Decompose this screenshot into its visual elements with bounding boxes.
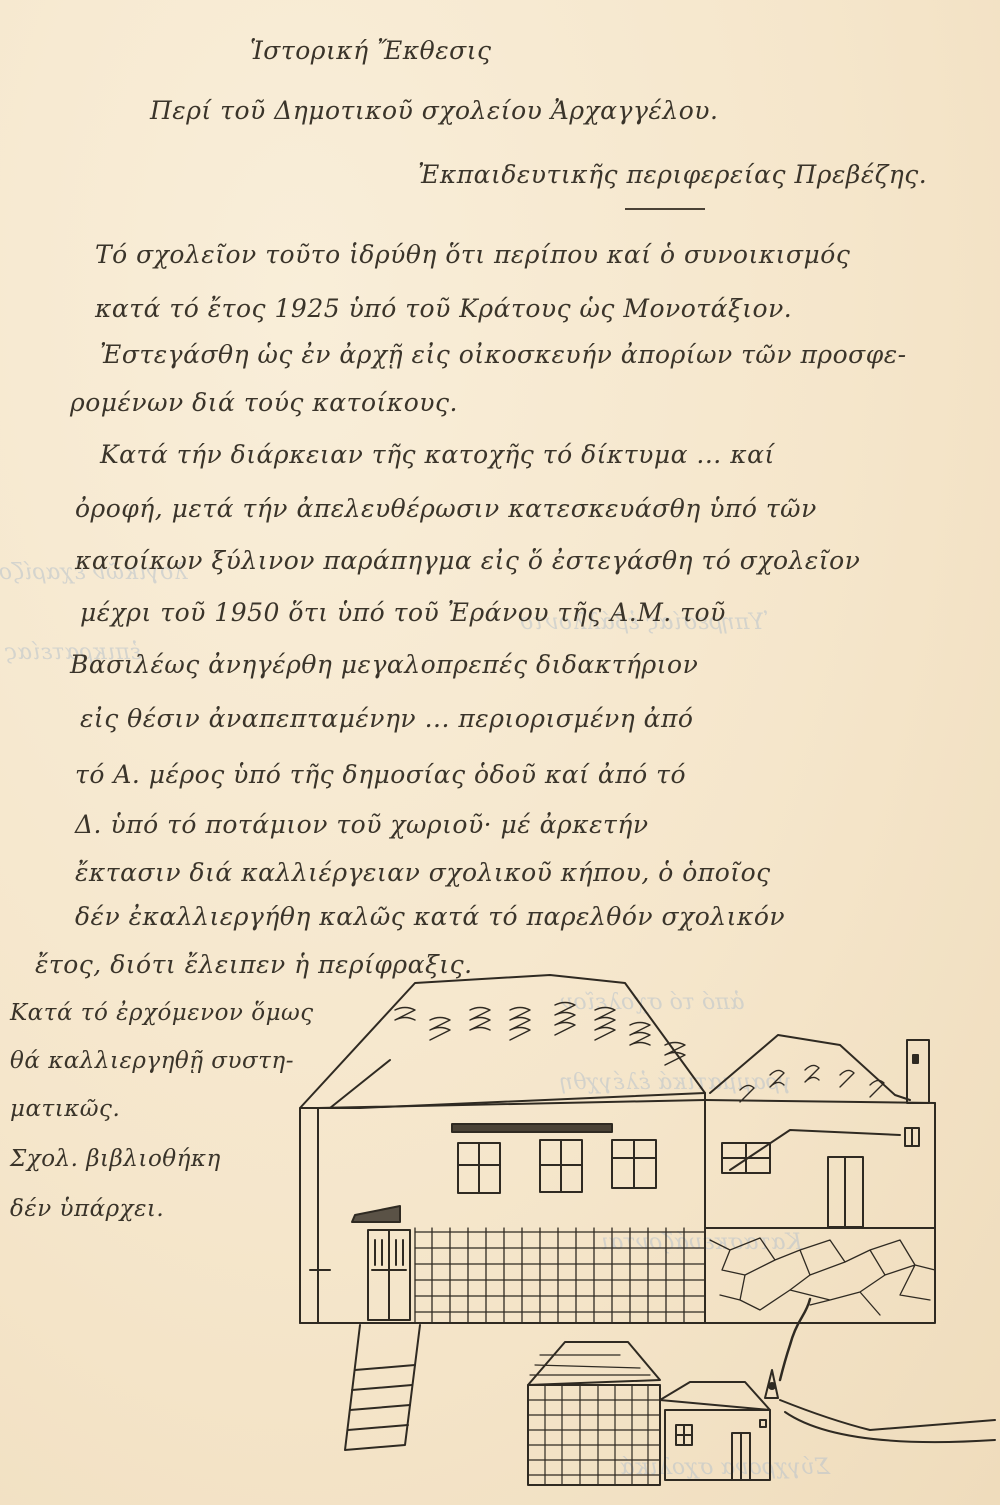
school-sketch-drawing	[0, 0, 1000, 1505]
annex-building	[705, 1035, 935, 1323]
main-building-windows	[458, 1140, 656, 1193]
chapel-building	[660, 1299, 995, 1480]
main-building-roof	[300, 975, 705, 1108]
front-steps	[345, 1325, 420, 1450]
door-canopy	[352, 1206, 400, 1222]
small-stone-building	[528, 1342, 660, 1485]
main-building-door	[368, 1230, 410, 1320]
eave-board	[452, 1124, 612, 1132]
annex-stone-wall	[710, 1238, 935, 1315]
manuscript-page: λογικῶν ἐχαρίζοντο ἐπικρατείας καί Ὑπηρε…	[0, 0, 1000, 1505]
main-building-grid-wall	[415, 1228, 705, 1323]
chimney	[907, 1040, 929, 1103]
